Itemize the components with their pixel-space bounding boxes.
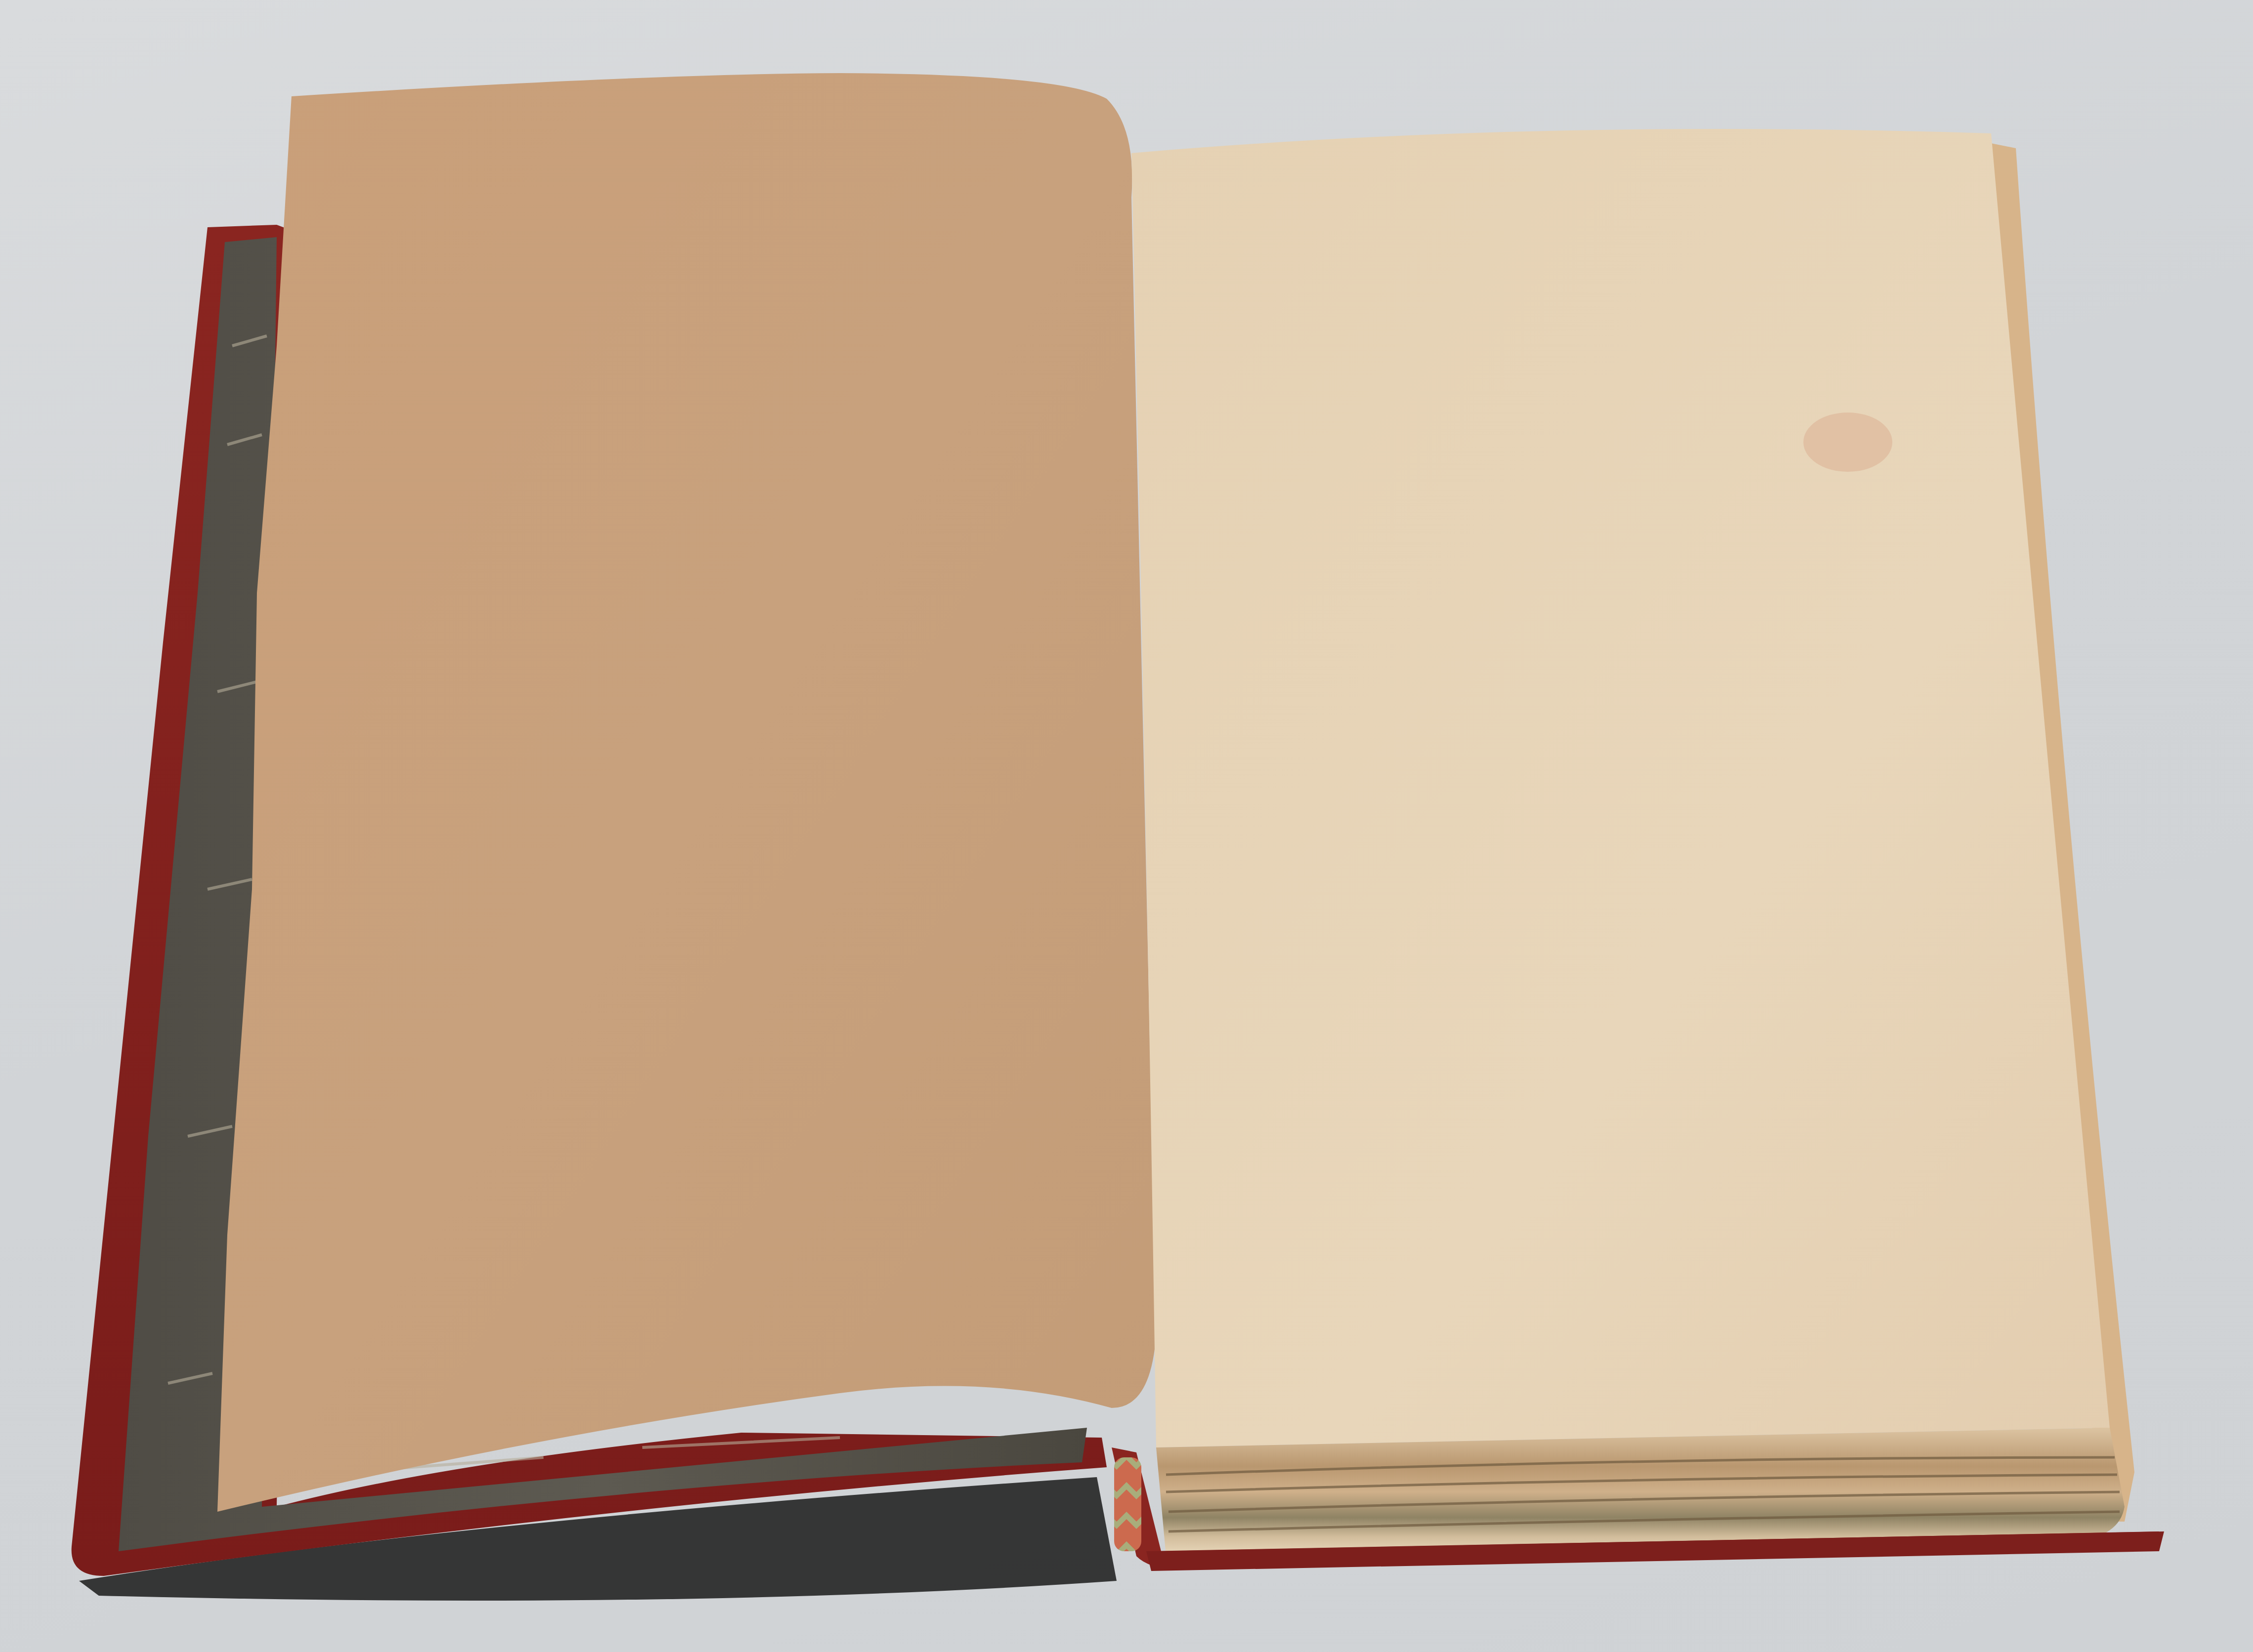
book-illustration [0,0,2253,1652]
right-page [1131,129,2110,1447]
photo-scene [0,0,2253,1652]
left-flyleaf [217,73,1156,1512]
headband [1114,1457,1141,1551]
foxing-spot [1803,413,1892,472]
